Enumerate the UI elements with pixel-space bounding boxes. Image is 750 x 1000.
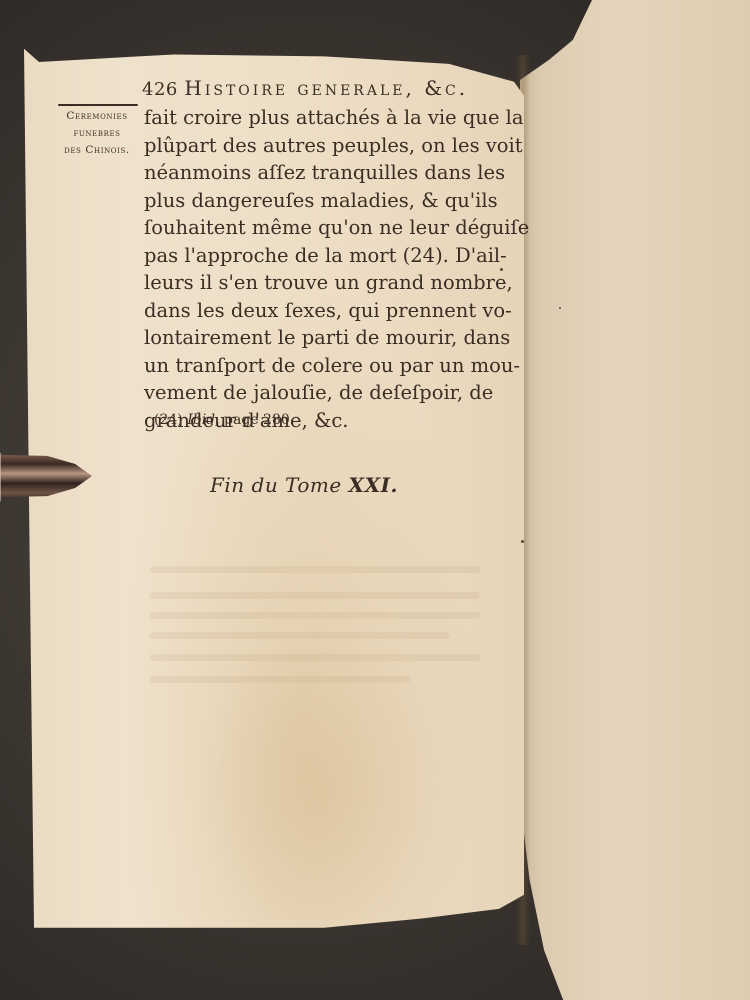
text-line: plus dangereuſes maladies, & qu'ils [144,187,489,215]
marginal-note-line: Ceremonies [52,108,142,125]
footnote-marker: (24) [154,412,183,428]
marginal-note: Ceremonies funebres des Chinois. [52,104,142,159]
bleed-through-line [150,654,480,661]
marginal-note-line: funebres [52,125,142,142]
running-head-title: Histoire generale, &c. [184,76,468,100]
body-text: fait croire plus attachés à la vie que l… [144,104,489,434]
paper-speck [559,307,561,309]
text-line: fait croire plus attachés à la vie que l… [144,104,489,132]
text-line: lontairement le parti de mourir, dans [144,324,489,352]
page-number: 426 [142,79,178,100]
text-line: un tranſport de colere ou par un mou- [144,352,489,380]
volume-end-note: Fin du Tome XXI. [210,473,398,497]
footnote: (24) Ibid, page 280. [154,412,294,428]
fin-text: Fin du Tome [210,473,342,497]
volume-number: XXI. [349,473,398,497]
footnote-ibid: Ibid, [187,412,219,428]
bleed-through-line [150,612,480,619]
text-line: pas l'approche de la mort (24). D'ail- [144,242,489,270]
text-line: dans les deux ſexes, qui prennent vo- [144,297,489,325]
bleed-through-line [150,592,480,599]
paper-speck [500,268,503,271]
text-line: néanmoins aſſez tranquilles dans les [144,159,489,187]
text-line: plûpart des autres peuples, on les voit [144,132,489,160]
bleed-through-line [150,676,410,683]
marginal-note-line: des Chinois. [52,142,142,159]
footnote-text: page 280. [224,412,294,428]
bleed-through-line [150,566,480,573]
running-head: 426 Histoire generale, &c. [142,76,487,100]
facing-page-right [520,0,750,1000]
text-line: ſouhaitent même qu'on ne leur déguiſe [144,214,489,242]
text-line: leurs il s'en trouve un grand nombre, [144,269,489,297]
bleed-through-line [150,632,450,639]
paper-speck [521,540,524,543]
marginal-rule [58,104,138,106]
text-line: vement de jalouſie, de deſeſpoir, de [144,379,489,407]
